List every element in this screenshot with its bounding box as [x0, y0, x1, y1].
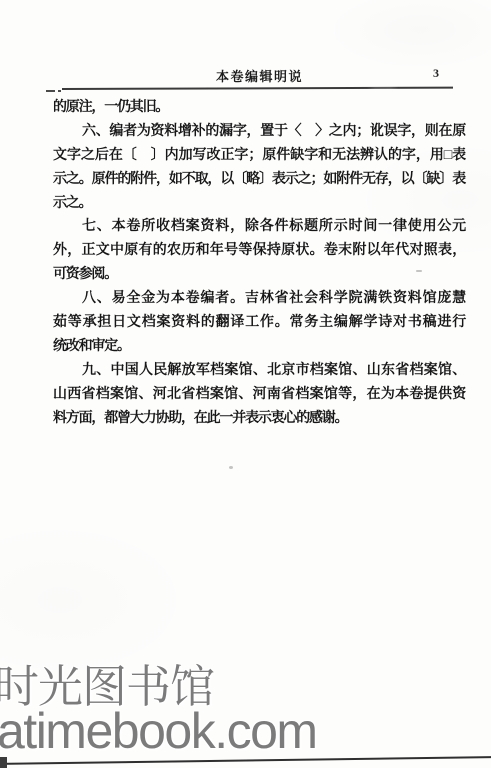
- body-text: 的原注，一仍其旧。六、编者为资料增补的漏字，置于〈 〉之内；讹误字，则在原文字之…: [53, 96, 465, 430]
- text-line: 的原注，一仍其旧。: [53, 96, 465, 120]
- header-rule: [62, 87, 453, 90]
- text-line: 示之。原件的附件，如不取，以〔略〕表示之；如附件无存，以〔缺〕表: [53, 168, 465, 192]
- watermark-site-url: atimebook.com: [0, 702, 317, 760]
- text-line: 统改和审定。: [53, 335, 465, 359]
- text-line: 外，正文中原有的农历和年号等保持原状。卷末附以年代对照表，: [53, 239, 465, 263]
- page-number: 3: [433, 66, 439, 81]
- text-line: 料方面，都曾大力协助，在此一并表示衷心的感谢。: [53, 407, 465, 431]
- text-line: 茹等承担日文档案资料的翻译工作。常务主编解学诗对书稿进行: [53, 311, 465, 335]
- header-rule-dash: [46, 90, 55, 92]
- text-line: 文字之后在〔 〕内加写改正字；原件缺字和无法辨认的字，用□表: [53, 144, 465, 168]
- text-line: 可资参阅。: [53, 263, 465, 287]
- header-rule-dot: [58, 90, 61, 92]
- scan-corner-mark: [0, 757, 7, 768]
- text-line: 山西省档案馆、河北省档案馆、河南省档案馆等，在为本卷提供资: [53, 383, 465, 407]
- text-line: 六、编者为资料增补的漏字，置于〈 〉之内；讹误字，则在原: [53, 120, 465, 144]
- text-line: 九、中国人民解放军档案馆、北京市档案馆、山东省档案馆、: [53, 359, 465, 383]
- text-line: 七、本卷所收档案资料，除各件标题所示时间一律使用公元: [53, 215, 465, 239]
- text-line: 八、易全金为本卷编者。吉林省社会科学院满铁资料馆庞慧: [53, 287, 465, 311]
- text-line: 示之。: [53, 192, 465, 216]
- scan-speck: [416, 270, 422, 272]
- scan-speck: [229, 466, 233, 469]
- running-head-title: 本卷编辑明说: [0, 66, 491, 85]
- scanned-book-page: 本卷编辑明说 3 的原注，一仍其旧。六、编者为资料增补的漏字，置于〈 〉之内；讹…: [0, 0, 491, 768]
